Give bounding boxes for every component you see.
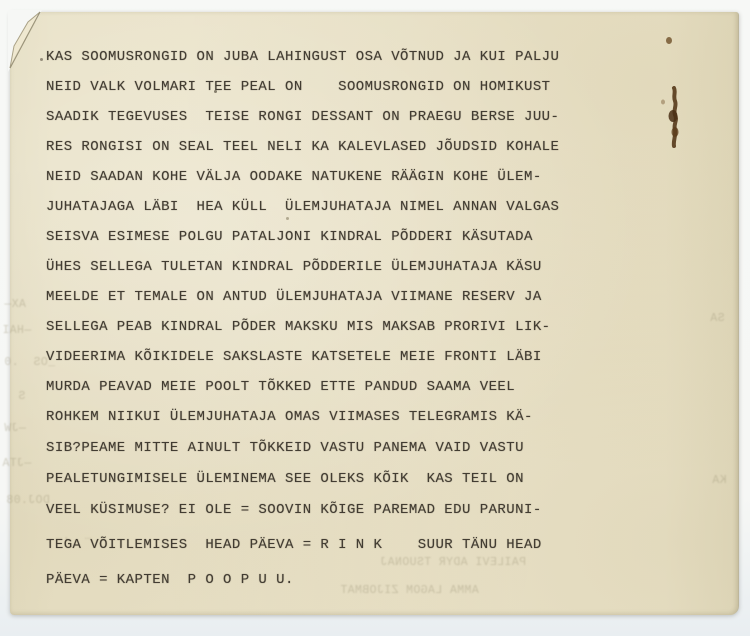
bleed-through-text: AMMA LAGOM ZIJOBMAT <box>340 584 479 597</box>
typed-line: PEALETUNGIMISELE ÜLEMINEMA SEE OLEKS KÕI… <box>46 472 524 486</box>
typed-line: RES RONGISI ON SEAL TEEL NELI KA KALEVLA… <box>46 140 559 154</box>
typed-line: SAADIK TEGEVUSES TEISE RONGI DESSANT ON … <box>46 110 559 124</box>
ink-stain <box>660 86 690 152</box>
typed-line: JUHATAJAGA LÄBI HEA KÜLL ÜLEMJUHATAJA NI… <box>46 200 559 214</box>
bleed-through-text: SA <box>710 312 725 325</box>
bleed-through-text: KA <box>712 474 727 487</box>
bleed-through-text: —JTA <box>2 457 31 470</box>
typed-line: TEGA VÕITLEMISES HEAD PÄEVA = R I N K SU… <box>46 538 542 552</box>
folded-corner <box>8 10 78 105</box>
scanned-document: AX— —HAI _OS .0 S —JW —JTA DOJ.08 SA KA … <box>0 0 750 636</box>
typed-line: PÄEVA = KAPTEN P O O P U U. <box>46 573 294 587</box>
typed-line: NEID SAADAN KOHE VÄLJA OODAKE NATUKENE R… <box>46 170 542 184</box>
bleed-through-text: —JW <box>4 422 26 435</box>
typed-line: VIDEERIMA KÕIKIDELE SAKSLASTE KATSETELE … <box>46 350 542 364</box>
typed-line: MEELDE ET TEMALE ON ANTUD ÜLEMJUHATAJA V… <box>46 290 542 304</box>
bleed-through-text: —HAI <box>2 324 31 337</box>
typed-line: VEEL KÜSIMUSE? EI OLE = SOOVIN KÕIGE PAR… <box>46 503 542 517</box>
typed-line: ÜHES SELLEGA TULETAN KINDRAL PÕDDERILE Ü… <box>46 260 542 274</box>
typed-line: SEISVA ESIMESE POLGU PATALJONI KINDRAL P… <box>46 230 533 244</box>
typed-line: NEID VALK VOLMARI TEE PEAL ON SOOMUSRONG… <box>46 80 551 94</box>
paper-speck <box>40 58 43 61</box>
typed-line: SELLEGA PEAB KINDRAL PÕDER MAKSKU MIS MA… <box>46 320 551 334</box>
paper-speck <box>666 37 672 44</box>
bleed-through-text: S <box>18 390 25 403</box>
paper-sheet: AX— —HAI _OS .0 S —JW —JTA DOJ.08 SA KA … <box>10 12 739 615</box>
paper-speck <box>286 217 289 220</box>
typed-line: ROHKEM NIIKUI ÜLEMJUHATAJA OMAS VIIMASES… <box>46 410 533 424</box>
typed-line: MURDA PEAVAD MEIE POOLT TÕKKED ETTE PAND… <box>46 380 515 394</box>
paper-speck <box>214 90 217 93</box>
typed-line: SIB?PEAME MITTE AINULT TÕKKEID VASTU PAN… <box>46 441 524 455</box>
bleed-through-text: PAILEVI ADYR TSUONAJ <box>380 556 526 569</box>
bleed-through-text: AX— <box>4 298 26 311</box>
typed-line: KAS SOOMUSRONGID ON JUBA LAHINGUST OSA V… <box>46 50 559 64</box>
bleed-through-text: DOJ.08 <box>6 494 50 507</box>
